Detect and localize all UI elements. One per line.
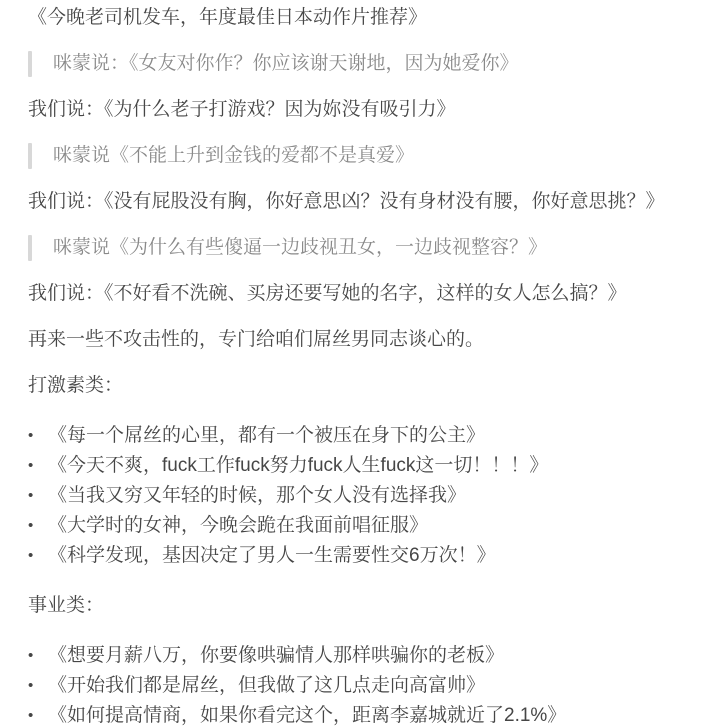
article-title: 《今晚老司机发车，年度最佳日本动作片推荐》 <box>28 5 704 31</box>
mimeng-quote-3: 咪蒙说《为什么有些傻逼一边歧视丑女，一边歧视整容？》 <box>28 235 704 261</box>
career-title-list: • 《想要月薪八万，你要像哄骗情人那样哄骗你的老板》 • 《开始我们都是屌丝，但… <box>28 641 704 726</box>
quote-bar <box>28 143 32 169</box>
bullet-icon: • <box>28 541 48 571</box>
we-say-paragraph-1: 我们说：《为什么老子打游戏？因为妳没有吸引力》 <box>28 97 704 123</box>
article-content: 《今晚老司机发车，年度最佳日本动作片推荐》 咪蒙说：《女友对你作？你应该谢天谢地… <box>0 0 720 726</box>
list-item-text: 《大学时的女神，今晚会跪在我面前唱征服》 <box>48 511 704 541</box>
list-item: • 《想要月薪八万，你要像哄骗情人那样哄骗你的老板》 <box>28 641 704 671</box>
bullet-icon: • <box>28 701 48 726</box>
section-label-hormone: 打激素类： <box>28 373 704 399</box>
quote-text: 咪蒙说《为什么有些傻逼一边歧视丑女，一边歧视整容？》 <box>53 235 547 261</box>
hormone-title-list: • 《每一个屌丝的心里，都有一个被压在身下的公主》 • 《今天不爽，fuck工作… <box>28 421 704 571</box>
list-item: • 《当我又穷又年轻的时候，那个女人没有选择我》 <box>28 481 704 511</box>
bullet-icon: • <box>28 671 48 701</box>
transition-paragraph: 再来一些不攻击性的，专门给咱们屌丝男同志谈心的。 <box>28 327 704 353</box>
bullet-icon: • <box>28 641 48 671</box>
list-item: • 《大学时的女神，今晚会跪在我面前唱征服》 <box>28 511 704 541</box>
section-label-career: 事业类： <box>28 593 704 619</box>
list-item: • 《开始我们都是屌丝，但我做了这几点走向高富帅》 <box>28 671 704 701</box>
quote-text: 咪蒙说《不能上升到金钱的爱都不是真爱》 <box>53 143 414 169</box>
bullet-icon: • <box>28 451 48 481</box>
we-say-paragraph-2: 我们说：《没有屁股没有胸，你好意思凶？没有身材没有腰，你好意思挑？》 <box>28 189 704 215</box>
bullet-icon: • <box>28 481 48 511</box>
list-item-text: 《开始我们都是屌丝，但我做了这几点走向高富帅》 <box>48 671 704 701</box>
we-say-paragraph-3: 我们说：《不好看不洗碗、买房还要写她的名字，这样的女人怎么搞？》 <box>28 281 704 307</box>
list-item-text: 《如何提高情商，如果你看完这个，距离李嘉城就近了2.1%》 <box>48 701 704 726</box>
list-item-text: 《科学发现，基因决定了男人一生需要性交6万次！》 <box>48 541 704 571</box>
bullet-icon: • <box>28 421 48 451</box>
list-item: • 《科学发现，基因决定了男人一生需要性交6万次！》 <box>28 541 704 571</box>
list-item: • 《今天不爽，fuck工作fuck努力fuck人生fuck这一切！！！》 <box>28 451 704 481</box>
bullet-icon: • <box>28 511 48 541</box>
mimeng-quote-1: 咪蒙说：《女友对你作？你应该谢天谢地，因为她爱你》 <box>28 51 704 77</box>
list-item-text: 《当我又穷又年轻的时候，那个女人没有选择我》 <box>48 481 704 511</box>
list-item: • 《如何提高情商，如果你看完这个，距离李嘉城就近了2.1%》 <box>28 701 704 726</box>
mimeng-quote-2: 咪蒙说《不能上升到金钱的爱都不是真爱》 <box>28 143 704 169</box>
list-item-text: 《今天不爽，fuck工作fuck努力fuck人生fuck这一切！！！》 <box>48 451 704 481</box>
quote-bar <box>28 235 32 261</box>
list-item-text: 《每一个屌丝的心里，都有一个被压在身下的公主》 <box>48 421 704 451</box>
quote-text: 咪蒙说：《女友对你作？你应该谢天谢地，因为她爱你》 <box>53 51 519 77</box>
list-item-text: 《想要月薪八万，你要像哄骗情人那样哄骗你的老板》 <box>48 641 704 671</box>
quote-bar <box>28 51 32 77</box>
list-item: • 《每一个屌丝的心里，都有一个被压在身下的公主》 <box>28 421 704 451</box>
